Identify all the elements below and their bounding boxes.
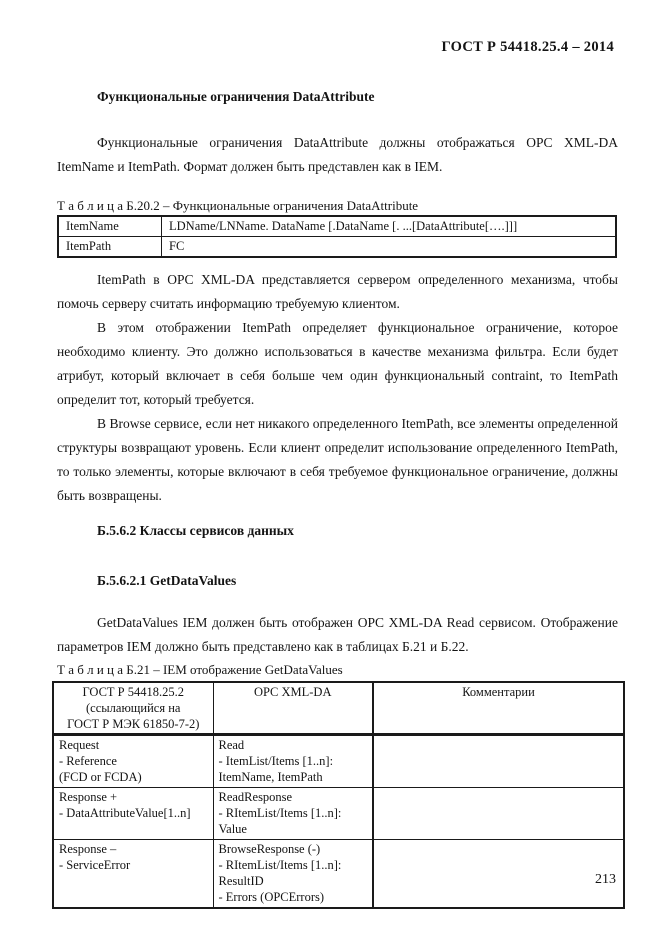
table-cell-response-minus-gost: Response – - ServiceError (53, 840, 213, 909)
table-cell-response-plus-opc: ReadResponse - RItemList/Items [1..n]: V… (213, 788, 373, 840)
paragraph-getdatavalues: GetDataValues IEM должен быть отображен … (57, 611, 618, 659)
table-cell-request-gost: Request - Reference (FCD or FCDA) (53, 735, 213, 788)
table-row-response-plus: Response + - DataAttributeValue[1..n] Re… (53, 788, 624, 840)
table-cell-response-plus-gost: Response + - DataAttributeValue[1..n] (53, 788, 213, 840)
table-header-opc-xml-da: OPC XML-DA (213, 682, 373, 735)
table-cell-response-plus-comment (373, 788, 624, 840)
table-b21: ГОСТ Р 54418.25.2 (ссылающийся на ГОСТ Р… (52, 681, 625, 909)
table-row-request: Request - Reference (FCD or FCDA) Read -… (53, 735, 624, 788)
table-row-itemname: ItemName LDName/LNName. DataName [.DataN… (58, 216, 616, 237)
heading-data-service-classes: Б.5.6.2 Классы сервисов данных (97, 522, 618, 539)
table-row-response-minus: Response – - ServiceError BrowseResponse… (53, 840, 624, 909)
page-number: 213 (595, 872, 616, 888)
paragraph-itempath-filter: В этом отображении ItemPath определяет ф… (57, 316, 618, 412)
table-cell-response-minus-opc: BrowseResponse (-) - RItemList/Items [1.… (213, 840, 373, 909)
table-cell-itemname-key: ItemName (58, 216, 162, 237)
table-header-row: ГОСТ Р 54418.25.2 (ссылающийся на ГОСТ Р… (53, 682, 624, 735)
paragraph-itempath-server: ItemPath в OPC XML-DA представляется сер… (57, 268, 618, 316)
table-header-gost: ГОСТ Р 54418.25.2 (ссылающийся на ГОСТ Р… (53, 682, 213, 735)
table-cell-request-comment (373, 735, 624, 788)
paragraph-functional-constraints: Функциональные ограничения DataAttribute… (57, 131, 618, 179)
heading-functional-constraints: Функциональные ограничения DataAttribute (97, 88, 618, 105)
table-b20-2: ItemName LDName/LNName. DataName [.DataN… (57, 215, 617, 258)
table-cell-itempath-value: FC (162, 237, 617, 258)
document-header: ГОСТ Р 54418.25.4 – 2014 (57, 38, 618, 56)
table-b21-caption: Т а б л и ц а Б.21 – IEM отображение Get… (57, 661, 618, 678)
table-cell-itempath-key: ItemPath (58, 237, 162, 258)
table-header-comments: Комментарии (373, 682, 624, 735)
paragraph-browse-service: В Browse сервисе, если нет никакого опре… (57, 412, 618, 508)
table-cell-request-opc: Read - ItemList/Items [1..n]: ItemName, … (213, 735, 373, 788)
heading-getdatavalues: Б.5.6.2.1 GetDataValues (97, 572, 618, 589)
table-row-itempath: ItemPath FC (58, 237, 616, 258)
table-cell-itemname-value: LDName/LNName. DataName [.DataName [. ..… (162, 216, 617, 237)
document-page: ГОСТ Р 54418.25.4 – 2014 Функциональные … (0, 0, 661, 935)
table-cell-response-minus-comment (373, 840, 624, 909)
table-b20-2-caption: Т а б л и ц а Б.20.2 – Функциональные ог… (57, 197, 618, 214)
